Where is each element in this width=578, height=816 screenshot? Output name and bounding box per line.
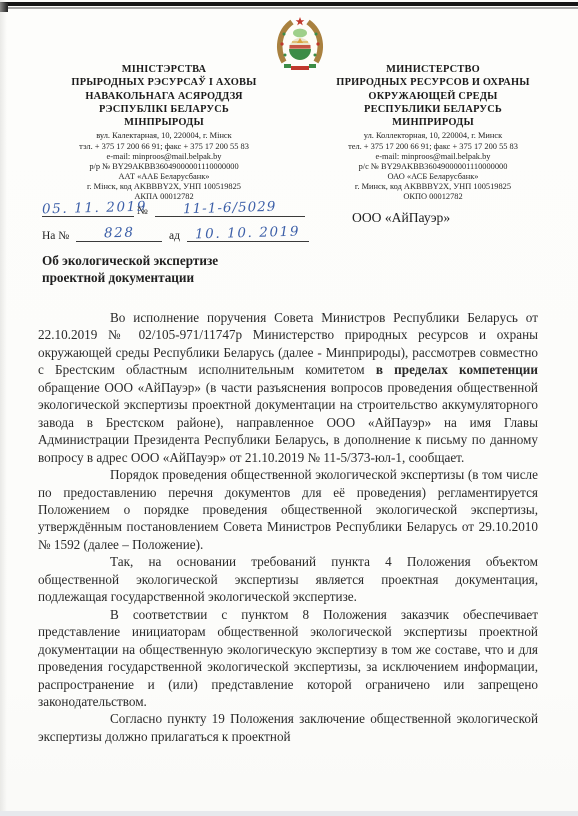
letterhead-line: тел. + 375 17 200 66 91; факс + 375 17 2… — [302, 142, 564, 152]
handwritten-outgoing-number: 11-1-6/5029 — [183, 199, 277, 217]
letterhead-line: ОКРУЖАЮЩЕЙ СРЕДЫ — [302, 90, 564, 103]
incoming-date-field: 10. 10. 2019 — [187, 224, 309, 242]
outgoing-number-field: 11-1-6/5029 — [155, 199, 305, 217]
letterhead-line: вул. Калектарная, 10, 220004, г. Мінск — [26, 131, 302, 141]
letterhead-line: РЕСПУБЛИКИ БЕЛАРУСЬ — [302, 103, 564, 116]
letterhead-line: ПРЫРОДНЫХ РЭСУРСАЎ І АХОВЫ — [26, 76, 302, 89]
body-text: Согласно пункту 19 Положения заключение … — [38, 711, 538, 743]
letterhead-line: р/с № BY29AKBB36049000001110000000 — [302, 162, 564, 172]
letterhead-line: ул. Коллекторная, 10, 220004, г. Минск — [302, 131, 564, 141]
incoming-ref-row: На № 828 ад 10. 10. 2019 — [42, 224, 332, 242]
body-paragraph: Во исполнение поручения Совета Министров… — [38, 309, 538, 466]
body-text: Порядок проведения общественной экологич… — [38, 467, 538, 552]
reply-to-label: На № — [42, 230, 69, 242]
letterhead-line: г. Мінск, код AKBBBY2X, УНП 100519825 — [26, 182, 302, 192]
letterhead-belarusian: МІНІСТЭРСТВАПРЫРОДНЫХ РЭСУРСАЎ І АХОВЫНА… — [26, 63, 302, 202]
subject-line-1: Об экологической экспертизе — [42, 253, 218, 270]
from-label: ад — [169, 230, 180, 242]
body-text: обращение ООО «АйПауэр» (в части разъясн… — [38, 380, 538, 465]
subject-line-2: проектной документации — [42, 270, 218, 287]
letterhead-line: МІНІСТЭРСТВА — [26, 63, 302, 76]
org-details-belarusian: вул. Калектарная, 10, 220004, г. Мінсктэ… — [26, 131, 302, 202]
handwritten-outgoing-date: 05. 11. 2019 — [42, 199, 147, 218]
letterhead-line: МІНПРЫРОДЫ — [26, 116, 302, 129]
recipient-name: ООО «АйПауэр» — [352, 210, 450, 226]
scanned-letter-page: МІНІСТЭРСТВАПРЫРОДНЫХ РЭСУРСАЎ І АХОВЫНА… — [0, 0, 578, 816]
reference-block: 05. 11. 2019 № 11-1-6/5029 На № 828 ад 1… — [42, 199, 332, 249]
letter-body: Во исполнение поручения Совета Министров… — [38, 309, 538, 745]
letterhead-line: ПРИРОДНЫХ РЕСУРСОВ И ОХРАНЫ — [302, 76, 564, 89]
scan-artifact-top-line — [0, 2, 578, 6]
org-details-russian: ул. Коллекторная, 10, 220004, г. Минскте… — [302, 131, 564, 202]
outgoing-date-field: 05. 11. 2019 — [42, 199, 134, 217]
letterhead-line: e-mail: minproos@mail.belpak.by — [26, 152, 302, 162]
body-paragraph: Порядок проведения общественной экологич… — [38, 466, 538, 553]
body-paragraph: Так, на основании требований пункта 4 По… — [38, 553, 538, 605]
letterhead-line: МИНПРИРОДЫ — [302, 116, 564, 129]
letterhead-russian: МИНИСТЕРСТВОПРИРОДНЫХ РЕСУРСОВ И ОХРАНЫО… — [302, 63, 564, 202]
letterhead-line: г. Минск, код AKBBBY2X, УНП 100519825 — [302, 182, 564, 192]
subject-block: Об экологической экспертизе проектной до… — [42, 253, 218, 286]
org-name-belarusian: МІНІСТЭРСТВАПРЫРОДНЫХ РЭСУРСАЎ І АХОВЫНА… — [26, 63, 302, 129]
outgoing-ref-row: 05. 11. 2019 № 11-1-6/5029 — [42, 199, 332, 217]
body-text: Так, на основании требований пункта 4 По… — [38, 554, 538, 604]
org-name-russian: МИНИСТЕРСТВОПРИРОДНЫХ РЕСУРСОВ И ОХРАНЫО… — [302, 63, 564, 129]
letterhead-line: тэл. + 375 17 200 66 91; факс + 375 17 2… — [26, 142, 302, 152]
body-text: В соответствии с пунктом 8 Положения зак… — [38, 607, 538, 709]
letterhead-line: РЭСПУБЛІКІ БЕЛАРУСЬ — [26, 103, 302, 116]
handwritten-incoming-date: 10. 10. 2019 — [195, 224, 300, 243]
body-paragraph: Согласно пункту 19 Положения заключение … — [38, 710, 538, 745]
letterhead-line: ОКПО 00012782 — [302, 192, 564, 202]
handwritten-incoming-number: 828 — [104, 225, 135, 242]
letterhead-line: МИНИСТЕРСТВО — [302, 63, 564, 76]
incoming-number-field: 828 — [76, 224, 162, 242]
letterhead-line: р/р № BY29AKBB36049000001110000000 — [26, 162, 302, 172]
body-paragraph: В соответствии с пунктом 8 Положения зак… — [38, 606, 538, 711]
letterhead-line: НАВАКОЛЬНАГА АСЯРОДДЗЯ — [26, 90, 302, 103]
letterhead-line: e-mail: minproos@mail.belpak.by — [302, 152, 564, 162]
body-text-bold: в пределах компетенции — [376, 362, 538, 377]
scan-left-edge-shadow — [0, 0, 7, 816]
letterhead-line: ОАО «АСБ Беларусбанк» — [302, 172, 564, 182]
scan-bottom-edge-shadow — [0, 811, 578, 816]
scan-artifact-thin-line — [2, 7, 578, 9]
letterhead-line: ААТ «ААБ Беларусбанк» — [26, 172, 302, 182]
